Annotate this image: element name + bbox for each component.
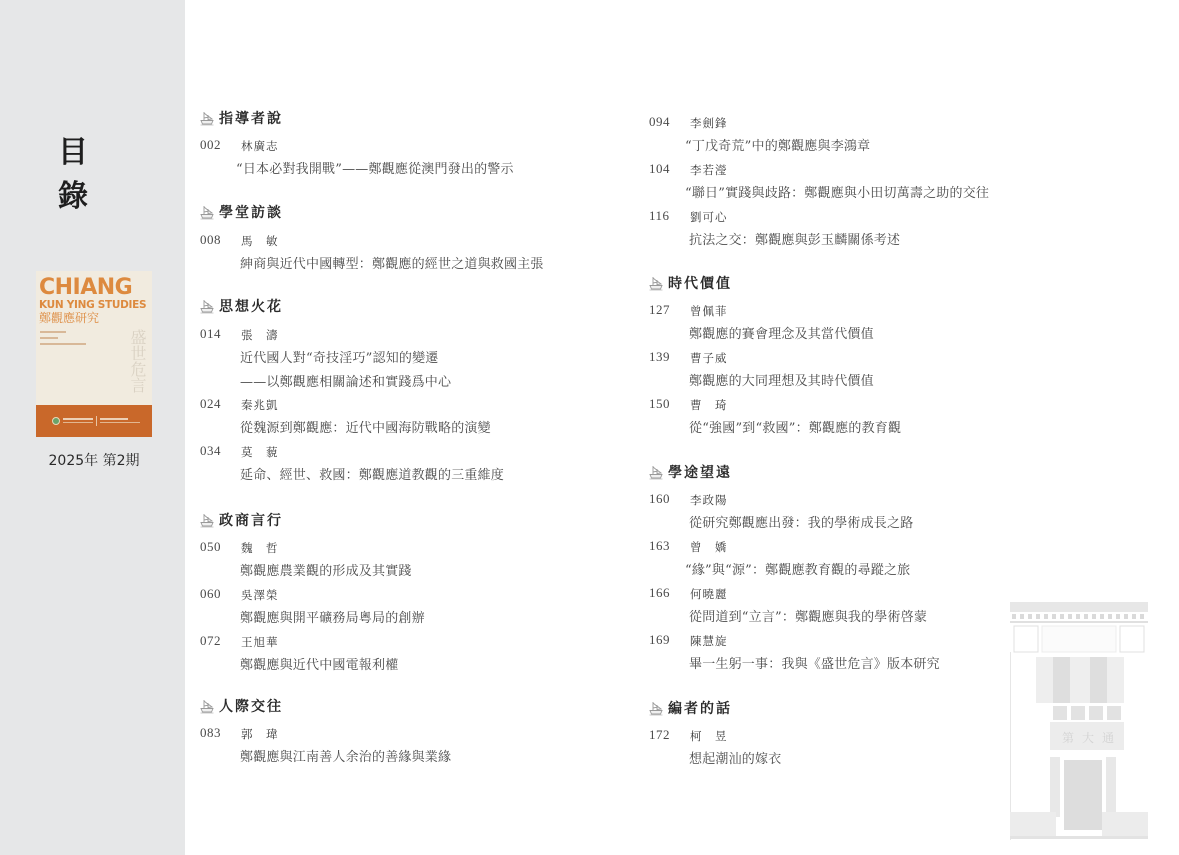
- ship-icon: [200, 699, 214, 714]
- section-header: 學堂訪談: [200, 202, 283, 222]
- entry-title[interactable]: 鄭觀應的大同理想及其時代價值: [689, 370, 874, 389]
- publisher-logo-icon: [52, 417, 60, 425]
- entry-page-number[interactable]: 166: [649, 585, 670, 601]
- entry-author: 李政陽: [690, 492, 728, 508]
- entry-author: 林廣志: [241, 138, 279, 154]
- cover-vertical-text: 盛世危言: [128, 329, 146, 393]
- entry-title[interactable]: 近代國人對“奇技淫巧”認知的變遷: [240, 347, 439, 366]
- entry-page-number[interactable]: 150: [649, 396, 670, 412]
- section-header: 政商言行: [200, 510, 283, 530]
- entry-title[interactable]: 畢一生躬一事：我與《盛世危言》版本研究: [689, 653, 940, 672]
- publisher-text-line: [63, 418, 93, 420]
- section-header: 人際交往: [200, 696, 283, 716]
- entry-title[interactable]: 紳商與近代中國轉型：鄭觀應的經世之道與救國主張: [240, 253, 544, 272]
- section-title: 人際交往: [219, 696, 283, 716]
- entry-author: 曾佩菲: [690, 303, 728, 319]
- entry-page-number[interactable]: 169: [649, 632, 670, 648]
- publisher-text-line: [100, 422, 140, 423]
- entry-author: 何曉麗: [690, 586, 728, 602]
- entry-page-number[interactable]: 024: [200, 396, 221, 412]
- section-title: 學途望遠: [668, 462, 732, 482]
- entry-title[interactable]: 鄭觀應農業觀的形成及其實踐: [240, 560, 412, 579]
- cover-title-en-line2: KUN YING STUDIES: [39, 300, 146, 311]
- page-title: 目 錄: [58, 127, 138, 215]
- entry-author: 李劍鋒: [690, 115, 728, 131]
- entry-author: 李若瀅: [690, 162, 728, 178]
- journal-cover: CHIANG KUN YING STUDIES 鄭觀應研究 盛世危言: [36, 271, 152, 437]
- entry-author: 柯 昱: [690, 728, 728, 744]
- ship-icon: [200, 513, 214, 528]
- entry-title[interactable]: “丁戊奇荒”中的鄭觀應與李鴻章: [685, 135, 870, 154]
- entry-author: 曹子威: [690, 350, 728, 366]
- ship-icon: [649, 701, 663, 716]
- entry-title[interactable]: 延命、經世、救國：鄭觀應道教觀的三重維度: [240, 464, 504, 483]
- section-header: 時代價值: [649, 273, 732, 293]
- entry-title[interactable]: 從研究鄭觀應出發：我的學術成長之路: [689, 512, 913, 531]
- entry-page-number[interactable]: 139: [649, 349, 670, 365]
- publisher-divider: [96, 416, 97, 426]
- svg-text:第: 第: [1062, 731, 1074, 745]
- entry-title[interactable]: 從“強國”到“救國”：鄭觀應的教育觀: [689, 417, 901, 436]
- entry-title[interactable]: “緣”與“源”：鄭觀應教育觀的尋蹤之旅: [685, 559, 910, 578]
- cover-meta-lines: [40, 331, 90, 349]
- entry-page-number[interactable]: 072: [200, 633, 221, 649]
- entry-author: 張 濤: [241, 327, 279, 343]
- entry-page-number[interactable]: 008: [200, 232, 221, 248]
- entry-page-number[interactable]: 116: [649, 208, 670, 224]
- entry-page-number[interactable]: 002: [200, 137, 221, 153]
- entry-title[interactable]: 抗法之交：鄭觀應與彭玉麟關係考述: [689, 229, 900, 248]
- entry-title[interactable]: ——以鄭觀應相關論述和實踐爲中心: [240, 371, 451, 390]
- entry-page-number[interactable]: 104: [649, 161, 670, 177]
- cover-title-en-line1: CHIANG: [39, 277, 132, 299]
- entry-page-number[interactable]: 094: [649, 114, 670, 130]
- entry-page-number[interactable]: 172: [649, 727, 670, 743]
- sidebar: 目 錄 CHIANG KUN YING STUDIES 鄭觀應研究 盛世危言 2…: [0, 0, 185, 855]
- ship-icon: [649, 276, 663, 291]
- entry-author: 劉可心: [690, 209, 728, 225]
- section-header: 學途望遠: [649, 462, 732, 482]
- publisher-text-line: [63, 422, 93, 423]
- entry-page-number[interactable]: 060: [200, 586, 221, 602]
- ship-icon: [200, 111, 214, 126]
- section-title: 時代價值: [668, 273, 732, 293]
- entry-title[interactable]: 鄭觀應與江南善人余治的善緣與業緣: [240, 746, 451, 765]
- entry-page-number[interactable]: 083: [200, 725, 221, 741]
- entry-title[interactable]: 從魏源到鄭觀應：近代中國海防戰略的演變: [240, 417, 491, 436]
- svg-text:大: 大: [1082, 730, 1094, 745]
- section-title: 學堂訪談: [219, 202, 283, 222]
- entry-author: 曹 琦: [690, 397, 728, 413]
- entry-author: 吳澤榮: [241, 587, 279, 603]
- cover-title-cn: 鄭觀應研究: [39, 311, 99, 325]
- entry-page-number[interactable]: 050: [200, 539, 221, 555]
- entry-page-number[interactable]: 034: [200, 443, 221, 459]
- building-facade-illustration: 第 大 通: [1010, 602, 1148, 840]
- entry-title[interactable]: 鄭觀應的賽會理念及其當代價值: [689, 323, 874, 342]
- ship-icon: [200, 299, 214, 314]
- ship-icon: [649, 465, 663, 480]
- entry-title[interactable]: 從問道到“立言”：鄭觀應與我的學術啓蒙: [689, 606, 927, 625]
- section-header: 思想火花: [200, 296, 283, 316]
- ship-icon: [200, 205, 214, 220]
- entry-title[interactable]: “日本必對我開戰”——鄭觀應從澳門發出的警示: [236, 158, 514, 177]
- section-title: 編者的話: [668, 698, 732, 718]
- entry-author: 曾 嬌: [690, 539, 728, 555]
- publisher-text-line: [100, 418, 128, 420]
- entry-page-number[interactable]: 014: [200, 326, 221, 342]
- entry-title[interactable]: “聯日”實踐與歧路：鄭觀應與小田切萬壽之助的交往: [685, 182, 989, 201]
- entry-author: 魏 哲: [241, 540, 279, 556]
- entry-author: 陳慧旋: [690, 633, 728, 649]
- entry-page-number[interactable]: 163: [649, 538, 670, 554]
- entry-author: 王旭華: [241, 634, 279, 650]
- entry-page-number[interactable]: 160: [649, 491, 670, 507]
- entry-page-number[interactable]: 127: [649, 302, 670, 318]
- entry-title[interactable]: 想起潮汕的嫁衣: [689, 748, 781, 767]
- entry-author: 莫 藐: [241, 444, 279, 460]
- entry-author: 郭 瑋: [241, 726, 279, 742]
- section-title: 指導者說: [219, 108, 283, 128]
- section-title: 思想火花: [219, 296, 283, 316]
- entry-title[interactable]: 鄭觀應與近代中國電報利權: [240, 654, 398, 673]
- entry-title[interactable]: 鄭觀應與開平礦務局粵局的創辦: [240, 607, 425, 626]
- entry-author: 馬 敏: [241, 233, 279, 249]
- entry-author: 秦兆凱: [241, 397, 279, 413]
- section-header: 編者的話: [649, 698, 732, 718]
- svg-text:通: 通: [1102, 731, 1114, 745]
- section-header: 指導者說: [200, 108, 283, 128]
- issue-label: 2025年 第2期: [36, 450, 152, 470]
- section-title: 政商言行: [219, 510, 283, 530]
- cover-publisher-band: [36, 405, 152, 437]
